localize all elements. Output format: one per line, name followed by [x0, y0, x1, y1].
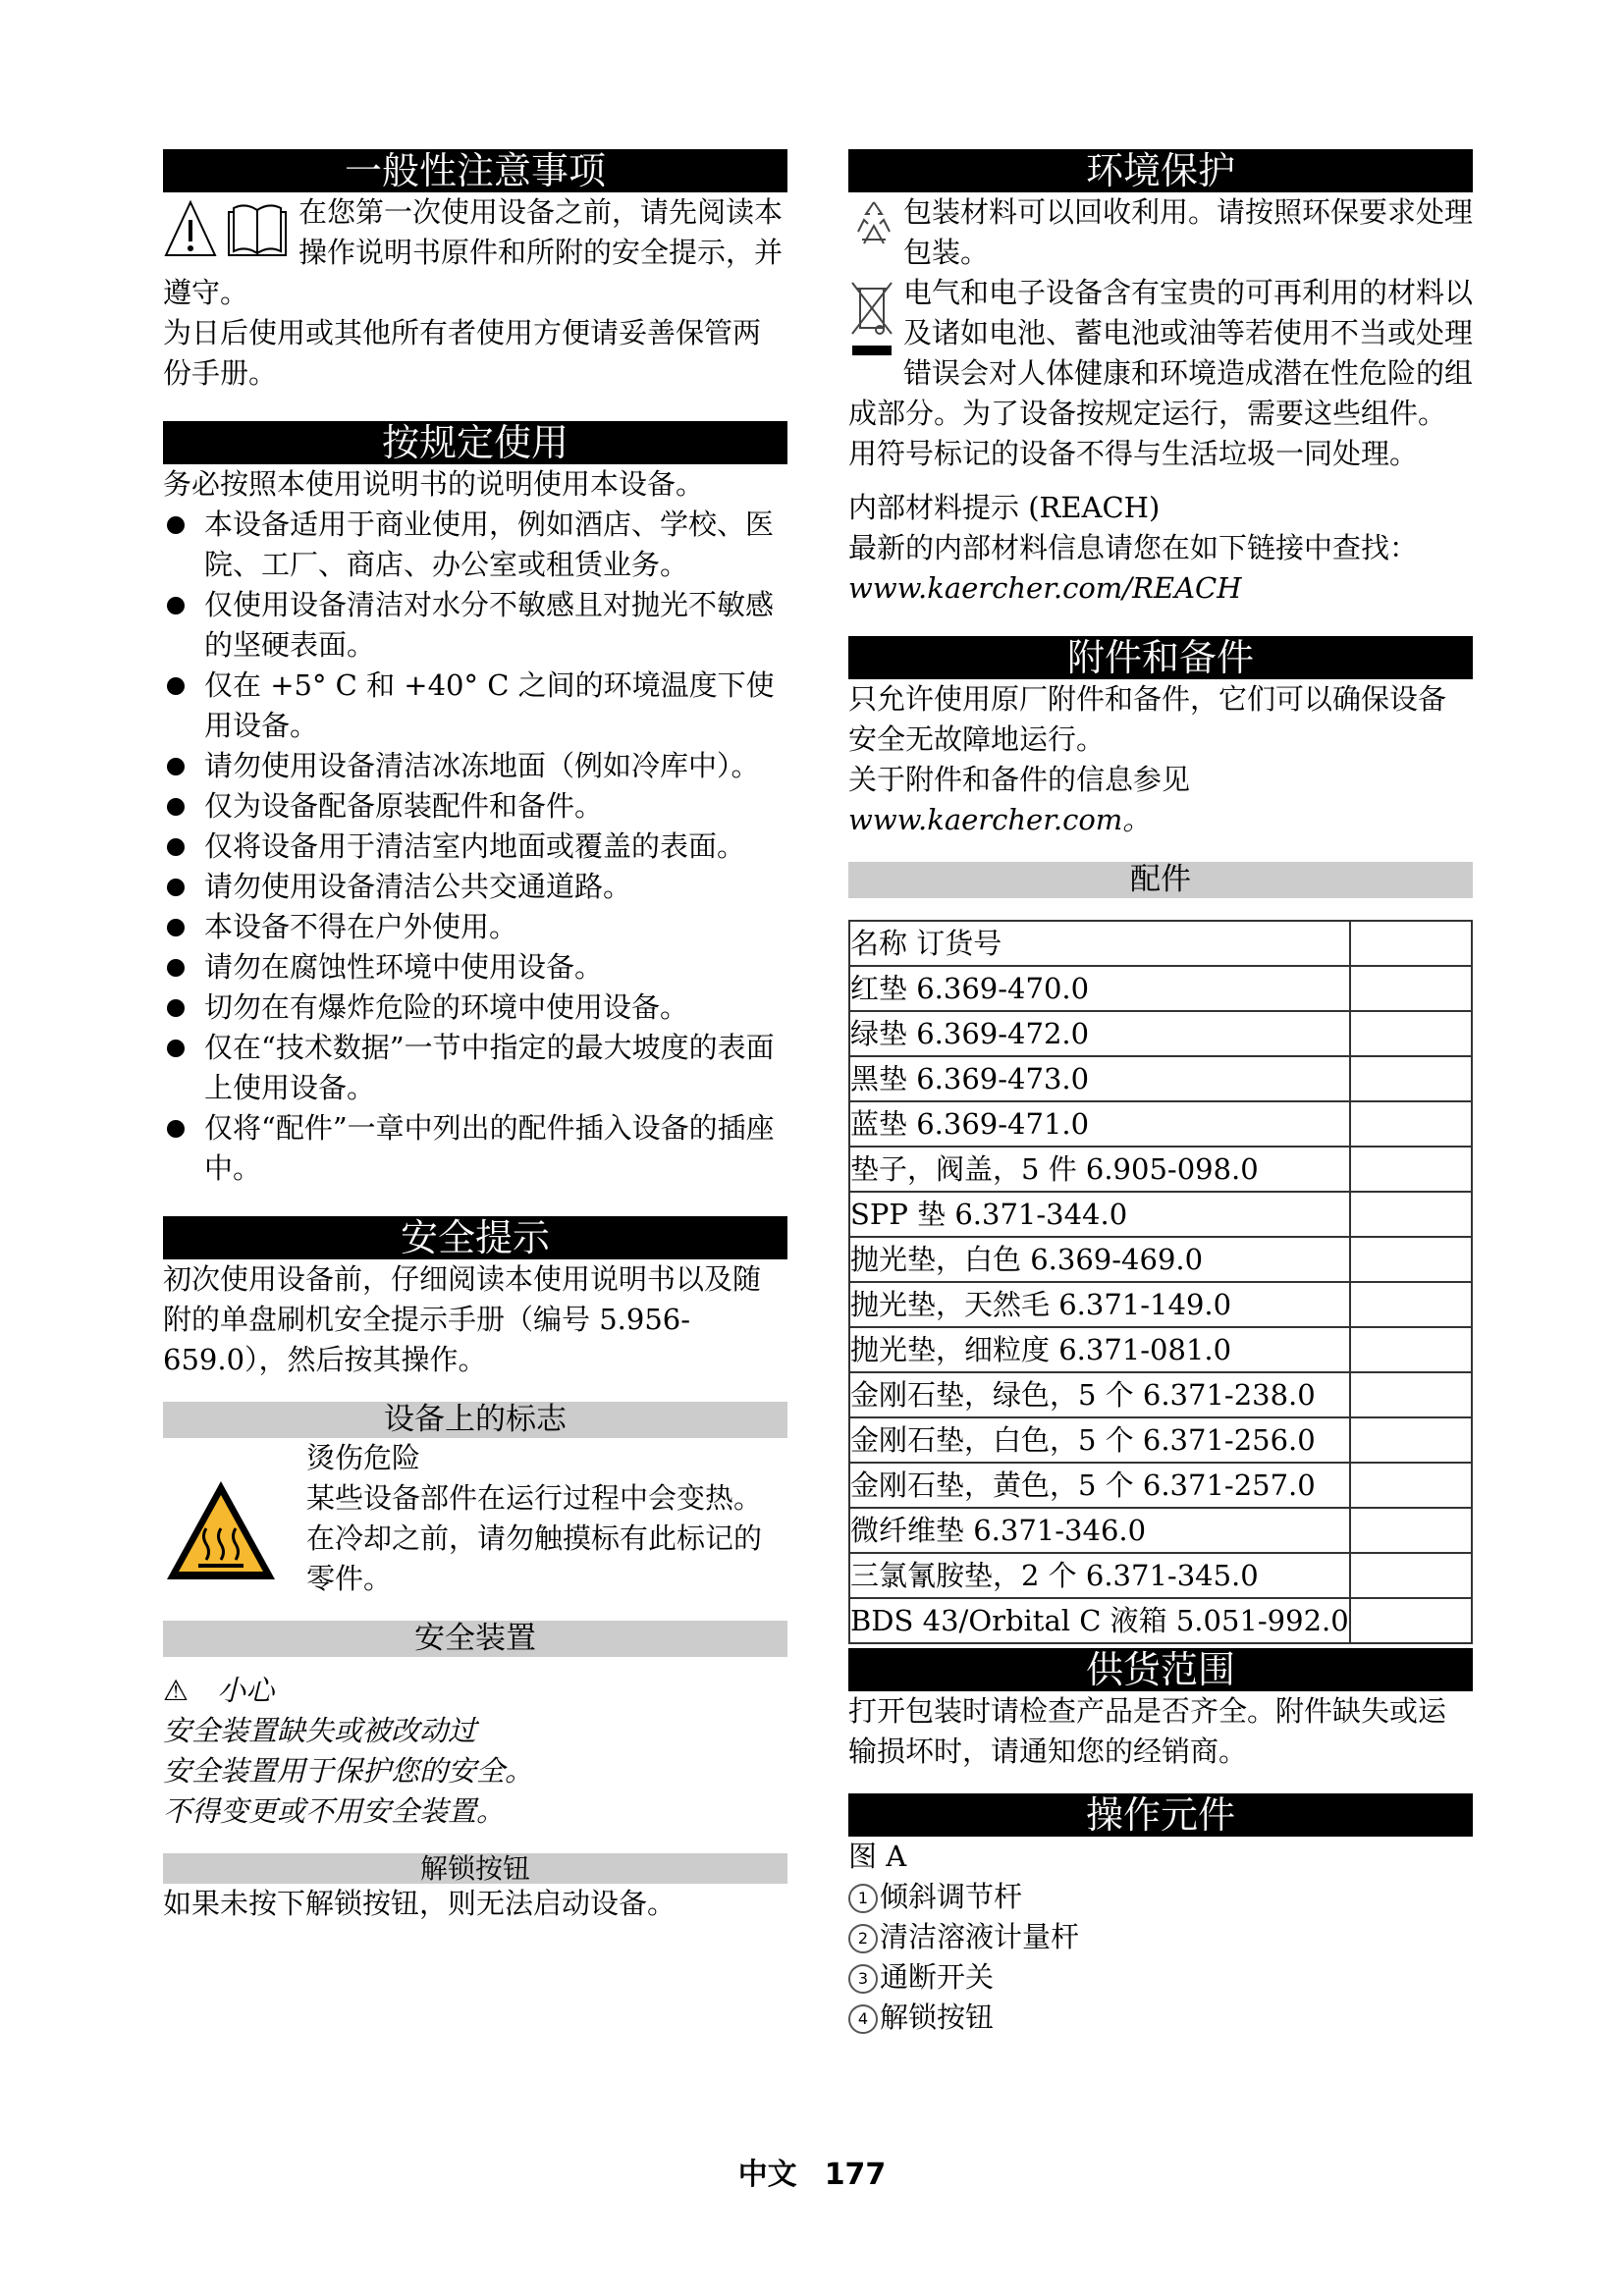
safety-para: 初次使用设备前，仔细阅读本使用说明书以及随附的单盘刷机安全提示手册（编号 5.9… — [163, 1259, 787, 1380]
number-circle-icon: 3 — [848, 1964, 878, 1994]
reach-heading: 内部材料提示 (REACH) — [848, 488, 1473, 528]
environment-weee: 电气和电子设备含有宝贵的可再利用的材料以及诸如电池、蓄电池或油等若使用不当或处理… — [848, 273, 1473, 474]
controls-list: 1倾斜调节杆 2清洁溶液计量杆 3通断开关 4解锁按钮 — [848, 1877, 1473, 2038]
list-item: 请勿使用设备清洁公共交通道路。 — [163, 867, 787, 907]
reach-link[interactable]: www.kaercher.com/REACH — [848, 571, 1242, 605]
right-column: 环境保护 包装材料可以回收利用。请按照环保要求处理包装。 电气和电子设备含有宝贵… — [848, 149, 1473, 2038]
environment-recycle: 包装材料可以回收利用。请按照环保要求处理包装。 — [848, 192, 1473, 273]
list-item: 请勿使用设备清洁冰冻地面（例如冷库中）。 — [163, 746, 787, 786]
hot-surface-warning-icon — [163, 1477, 279, 1594]
section-title-controls: 操作元件 — [848, 1793, 1473, 1837]
section-title-accessories: 附件和备件 — [848, 636, 1473, 679]
list-item: 仅使用设备清洁对水分不敏感且对抛光不敏感的坚硬表面。 — [163, 585, 787, 666]
number-circle-icon: 2 — [848, 1924, 878, 1953]
accessories-para-2: 关于附件和备件的信息参见 — [848, 760, 1473, 800]
table-row: 金刚石垫，黄色，5 个 6.371-257.0 — [849, 1463, 1472, 1508]
list-item: 本设备不得在户外使用。 — [163, 907, 787, 947]
number-circle-icon: 1 — [848, 1884, 878, 1913]
general-notes: 在您第一次使用设备之前，请先阅读本操作说明书原件和所附的安全提示，并遵守。 为日… — [163, 192, 787, 394]
table-header-row: 名称 订货号 — [849, 921, 1472, 966]
left-column: 一般性注意事项 在您第一次使用设备之前，请先阅读本操作说明书原件和所附的安全提示… — [163, 149, 787, 1924]
table-row: 绿垫 6.369-472.0 — [849, 1011, 1472, 1056]
list-item: 2清洁溶液计量杆 — [848, 1917, 1473, 1957]
table-row: 三氯氰胺垫，2 个 6.371-345.0 — [849, 1553, 1472, 1598]
table-row: 金刚石垫，绿色，5 个 6.371-238.0 — [849, 1372, 1472, 1417]
page-footer: 中文177 — [0, 2155, 1624, 2195]
intended-use-intro: 务必按照本使用说明书的说明使用本设备。 — [163, 464, 787, 505]
list-item: 切勿在有爆炸危险的环境中使用设备。 — [163, 988, 787, 1028]
parts-table: 名称 订货号 红垫 6.369-470.0 绿垫 6.369-472.0 黑垫 … — [848, 920, 1473, 1644]
list-item: 本设备适用于商业使用，例如酒店、学校、医院、工厂、商店、办公室或租赁业务。 — [163, 505, 787, 585]
reach-text: 最新的内部材料信息请您在如下链接中查找：www.kaercher.com/REA… — [848, 528, 1473, 609]
list-item: 4解锁按钮 — [848, 1998, 1473, 2038]
table-row: 黑垫 6.369-473.0 — [849, 1056, 1472, 1101]
safety-devices-line-3: 不得变更或不用安全装置。 — [163, 1791, 787, 1832]
caution-line: ⚠ 小心 — [163, 1671, 787, 1711]
number-circle-icon: 4 — [848, 2004, 878, 2034]
table-row: 垫子，阀盖，5 件 6.905-098.0 — [849, 1147, 1472, 1192]
section-title-parts: 配件 — [848, 862, 1473, 898]
list-item: 仅在“技术数据”一节中指定的最大坡度的表面上使用设备。 — [163, 1028, 787, 1108]
safety-devices-line-2: 安全装置用于保护您的安全。 — [163, 1751, 787, 1791]
recycle-text: 包装材料可以回收利用。请按照环保要求处理包装。 — [848, 192, 1473, 273]
list-item: 仅在 +5° C 和 +40° C 之间的环境温度下使用设备。 — [163, 666, 787, 746]
section-title-safety: 安全提示 — [163, 1216, 787, 1259]
recycle-icon — [852, 196, 895, 262]
accessories-para-1: 只允许使用原厂附件和备件，它们可以确保设备安全无故障地运行。 — [848, 679, 1473, 760]
symbols-block: 烫伤危险 某些设备部件在运行过程中会变热。 在冷却之前，请勿触摸标有此标记的零件… — [163, 1438, 787, 1599]
table-row: SPP 垫 6.371-344.0 — [849, 1192, 1472, 1237]
manual-book-icon — [226, 198, 289, 270]
table-row: 微纤维垫 6.371-346.0 — [849, 1508, 1472, 1553]
section-title-intended-use: 按规定使用 — [163, 421, 787, 464]
list-item: 仅将“配件”一章中列出的配件插入设备的插座中。 — [163, 1108, 787, 1189]
table-row: 抛光垫，细粒度 6.371-081.0 — [849, 1327, 1472, 1372]
list-item: 3通断开关 — [848, 1957, 1473, 1998]
section-title-general: 一般性注意事项 — [163, 149, 787, 192]
crossed-bin-icon — [850, 279, 895, 370]
release-button-para: 如果未按下解锁按钮，则无法启动设备。 — [163, 1884, 787, 1924]
caution-label: 小心 — [217, 1674, 274, 1707]
kaercher-link[interactable]: www.kaercher.com。 — [848, 800, 1473, 840]
intended-use-list: 本设备适用于商业使用，例如酒店、学校、医院、工厂、商店、办公室或租赁业务。 仅使… — [163, 505, 787, 1189]
caution-warning-icon: ⚠ — [163, 1674, 189, 1707]
figure-label: 图 A — [848, 1837, 1473, 1877]
section-title-scope: 供货范围 — [848, 1648, 1473, 1691]
section-title-safety-devices: 安全装置 — [163, 1621, 787, 1657]
table-row: 红垫 6.369-470.0 — [849, 966, 1472, 1011]
table-row: BDS 43/Orbital C 液箱 5.051-992.0 — [849, 1598, 1472, 1643]
footer-language: 中文 — [738, 2158, 797, 2192]
page-number: 177 — [825, 2158, 887, 2192]
general-para-2: 为日后使用或其他所有者使用方便请妥善保管两份手册。 — [163, 313, 787, 394]
list-item: 1倾斜调节杆 — [848, 1877, 1473, 1917]
weee-text: 电气和电子设备含有宝贵的可再利用的材料以及诸如电池、蓄电池或油等若使用不当或处理… — [848, 273, 1473, 474]
section-title-symbols: 设备上的标志 — [163, 1402, 787, 1438]
table-row: 抛光垫，白色 6.369-469.0 — [849, 1237, 1472, 1282]
warning-triangle-icon — [163, 198, 218, 270]
section-title-release-button: 解锁按钮 — [163, 1853, 787, 1884]
list-item: 仅将设备用于清洁室内地面或覆盖的表面。 — [163, 827, 787, 867]
table-row: 蓝垫 6.369-471.0 — [849, 1101, 1472, 1147]
scope-para: 打开包装时请检查产品是否齐全。附件缺失或运输损坏时，请通知您的经销商。 — [848, 1691, 1473, 1772]
table-row: 抛光垫，天然毛 6.371-149.0 — [849, 1282, 1472, 1327]
burn-hazard-heading: 烫伤危险 — [163, 1438, 787, 1478]
safety-devices-line-1: 安全装置缺失或被改动过 — [163, 1711, 787, 1751]
table-row: 金刚石垫，白色，5 个 6.371-256.0 — [849, 1417, 1472, 1463]
list-item: 仅为设备配备原装配件和备件。 — [163, 786, 787, 827]
section-title-environment: 环境保护 — [848, 149, 1473, 192]
list-item: 请勿在腐蚀性环境中使用设备。 — [163, 947, 787, 988]
